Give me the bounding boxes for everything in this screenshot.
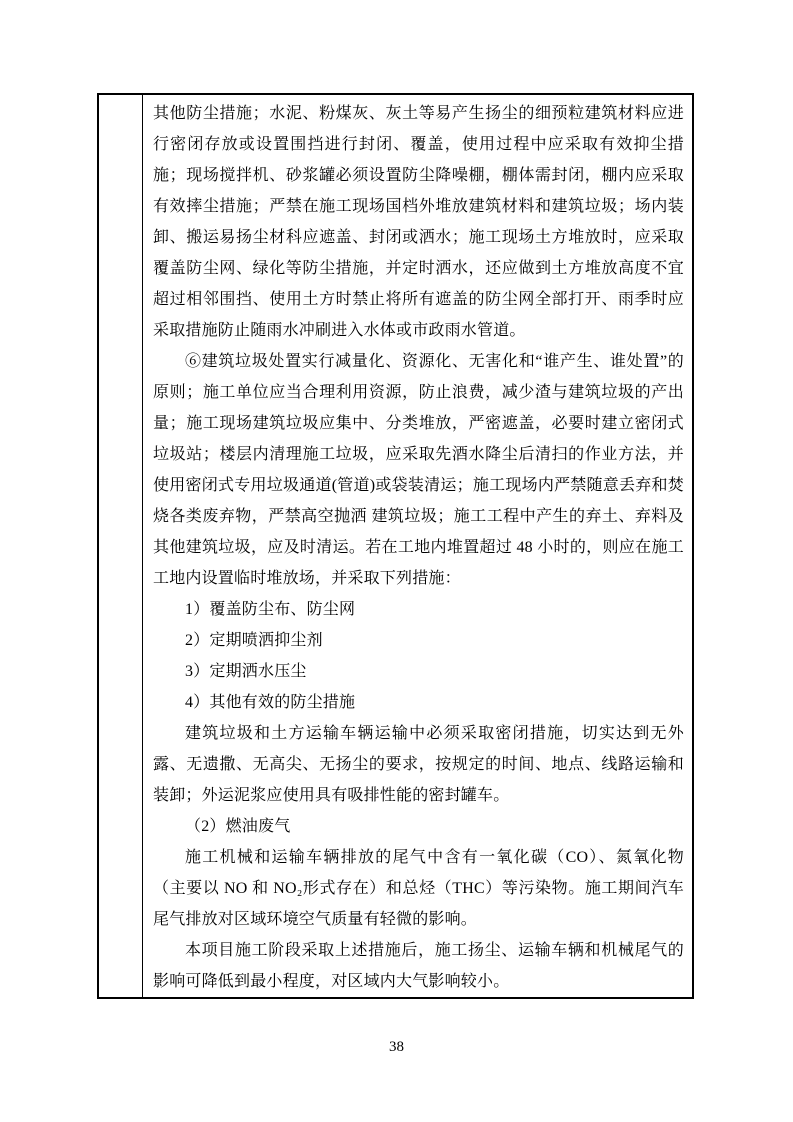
paragraph-conclusion: 本项目施工阶段采取上述措施后，施工扬尘、运输车辆和机械尾气的影响可降低到最小程度… <box>153 935 684 997</box>
page-number: 38 <box>0 1037 793 1057</box>
document-page: 其他防尘措施；水泥、粉煤灰、灰土等易产生扬尘的细预粒建筑材料应进行密闭存放或设置… <box>0 0 793 1122</box>
content-table: 其他防尘措施；水泥、粉煤灰、灰土等易产生扬尘的细预粒建筑材料应进行密闭存放或设置… <box>97 93 694 999</box>
list-item-dust-suppressant: 2）定期喷洒抑尘剂 <box>153 625 684 656</box>
paragraph-construction-waste-disposal: ⑥建筑垃圾处置实行减量化、资源化、无害化和“谁产生、谁处置”的原则；施工单位应当… <box>153 346 684 594</box>
list-item-dust-cloth-net: 1）覆盖防尘布、防尘网 <box>153 594 684 625</box>
list-item-other-measures: 4）其他有效的防尘措施 <box>153 687 684 718</box>
paragraph-transport-vehicles: 建筑垃圾和土方运输车辆运输中必须采取密闭措施，切实达到无外露、无遗撒、无高尖、无… <box>153 718 684 811</box>
table-content-cell: 其他防尘措施；水泥、粉煤灰、灰土等易产生扬尘的细预粒建筑材料应进行密闭存放或设置… <box>143 95 692 997</box>
sub-heading-fuel-exhaust: （2）燃油废气 <box>153 811 684 842</box>
list-item-water-spraying: 3）定期洒水压尘 <box>153 656 684 687</box>
table-left-cell <box>99 95 143 997</box>
paragraph-dust-control-continuation: 其他防尘措施；水泥、粉煤灰、灰土等易产生扬尘的细预粒建筑材料应进行密闭存放或设置… <box>153 98 684 346</box>
paragraph-exhaust-pollutants: 施工机械和运输车辆排放的尾气中含有一氧化碳（CO）、氮氧化物（主要以 NO 和 … <box>153 842 684 935</box>
